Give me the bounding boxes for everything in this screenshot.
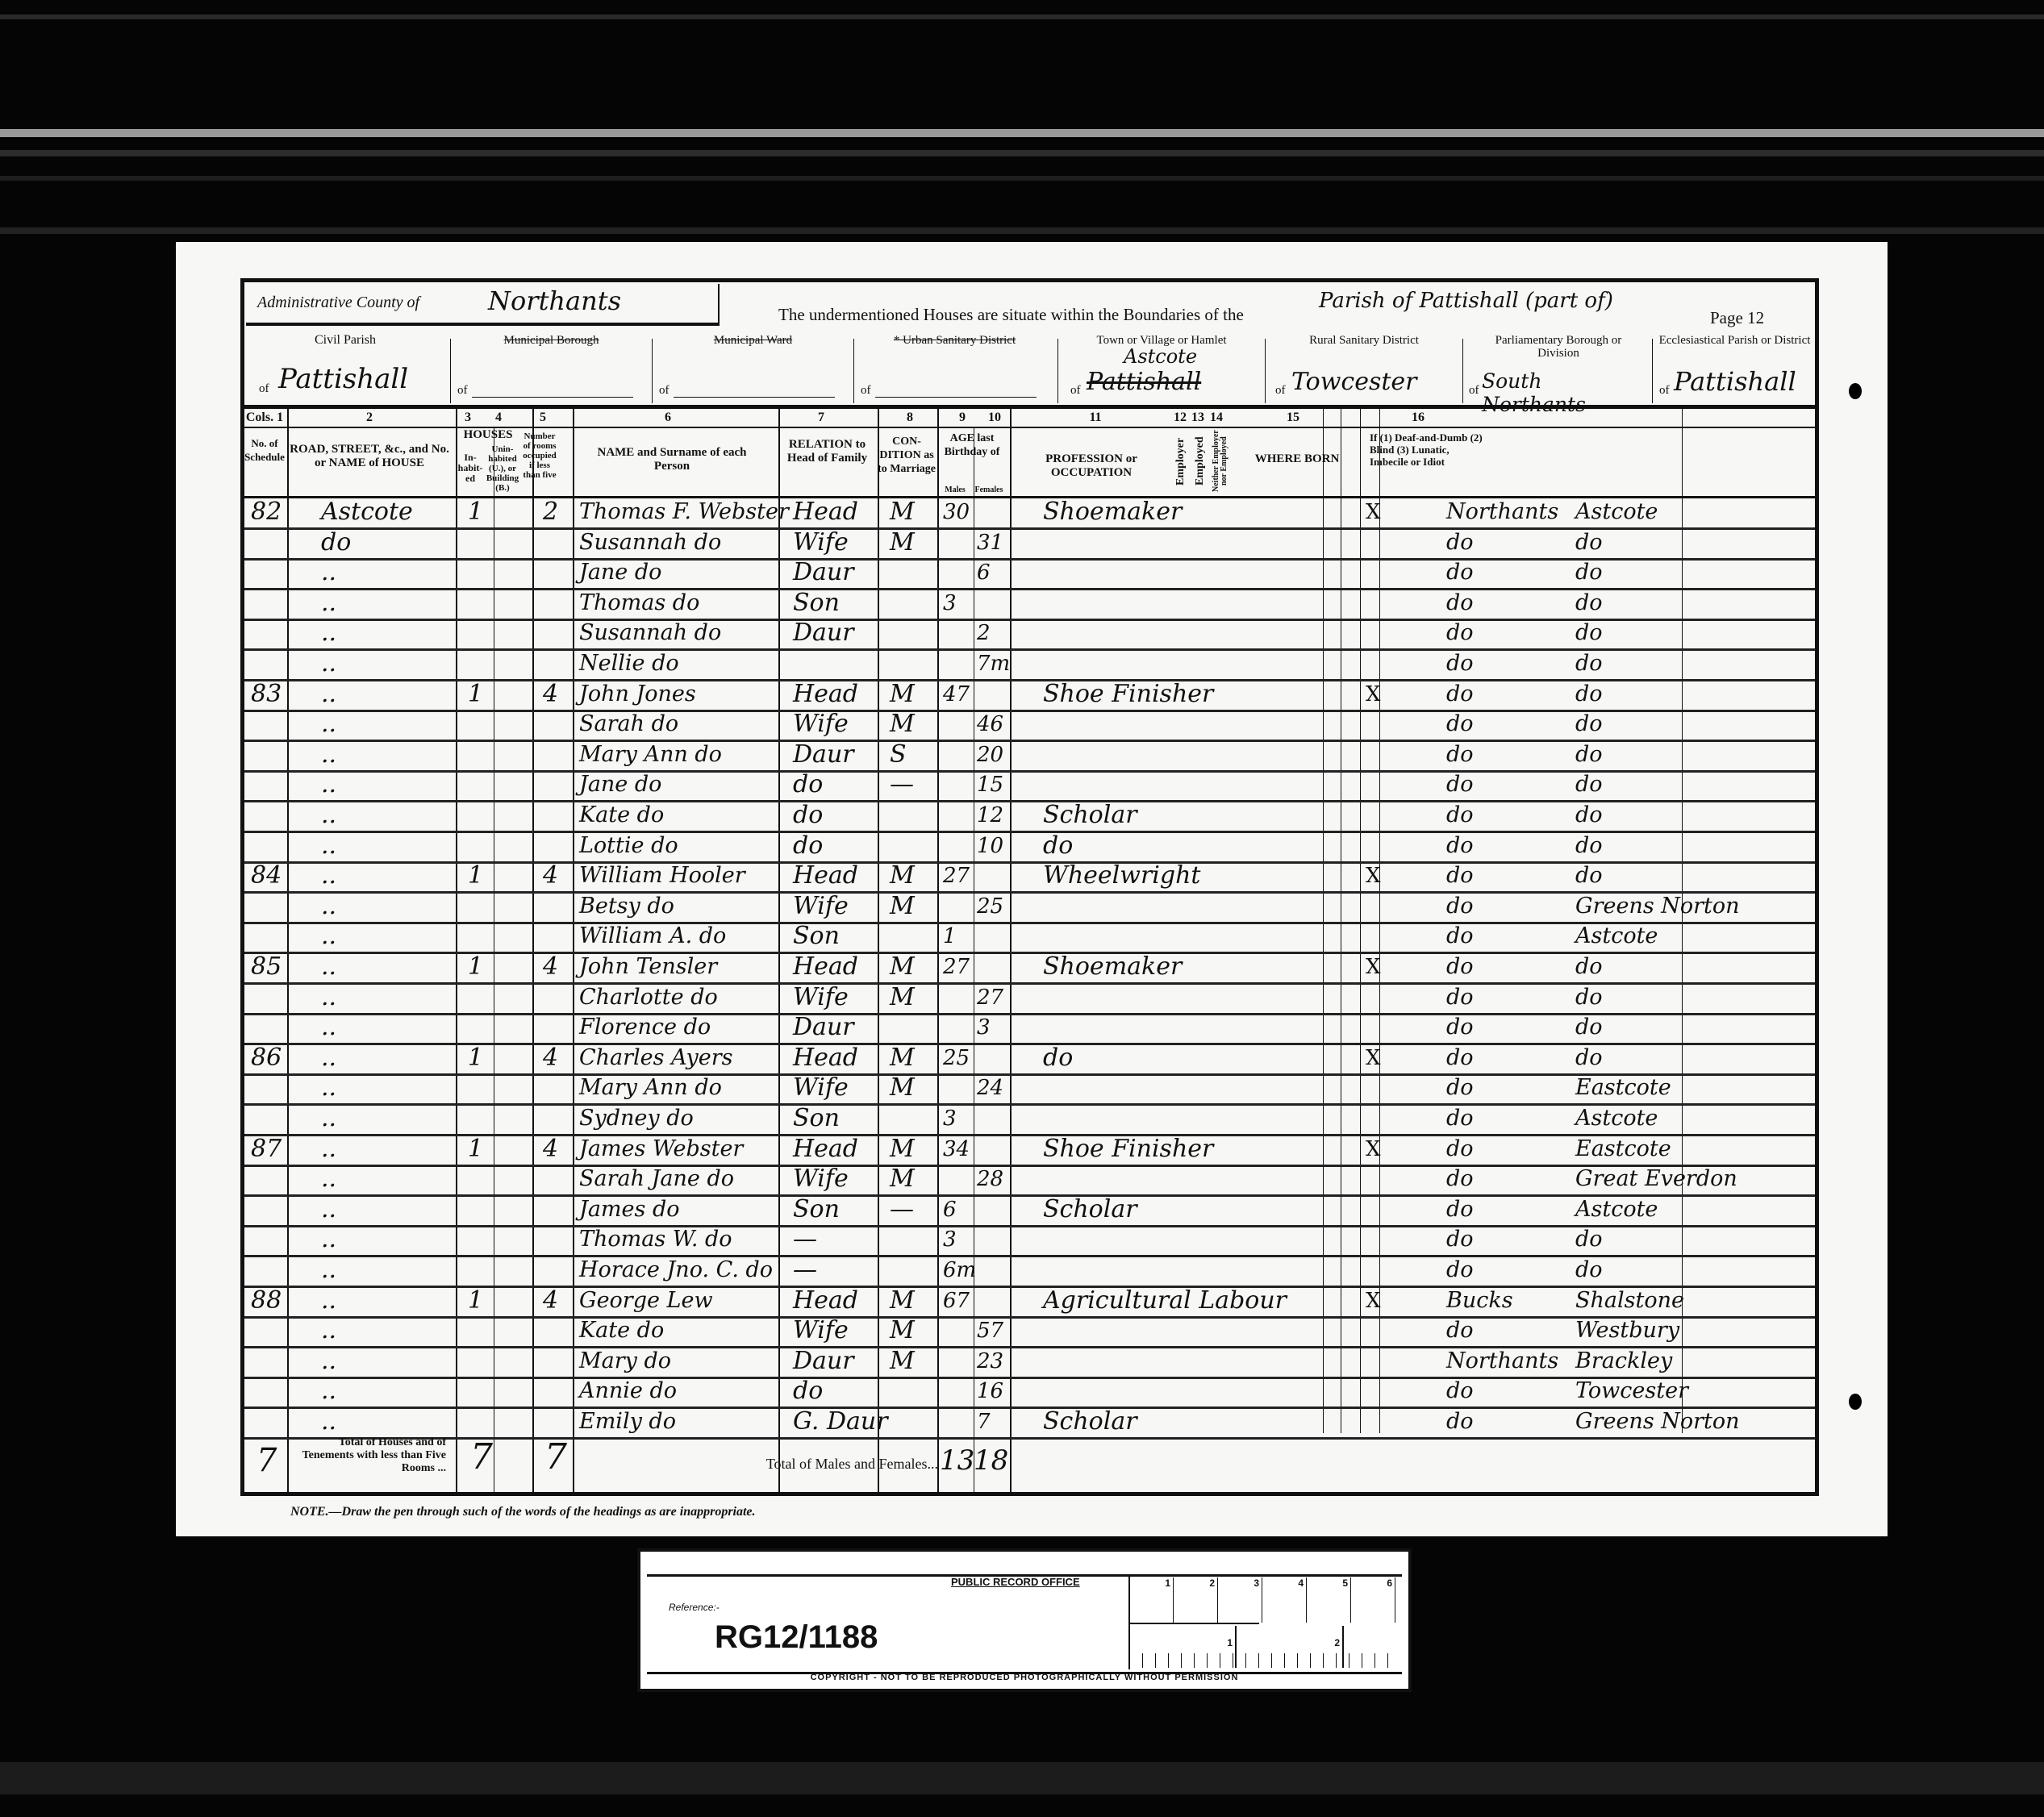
rooms: 2 bbox=[543, 498, 558, 527]
street: .. bbox=[321, 1135, 336, 1164]
born-county: do bbox=[1446, 1316, 1474, 1345]
born-place: do bbox=[1575, 1225, 1603, 1254]
person-name: Nellie do bbox=[579, 649, 679, 678]
relation: Son bbox=[793, 1104, 840, 1133]
column-headers: No. of Schedule ROAD, STREET, &c., and N… bbox=[244, 428, 1815, 498]
employed-mark: X bbox=[1366, 1286, 1381, 1315]
age-female: 23 bbox=[977, 1347, 1003, 1376]
table-row: do Susannah do Wife M 31 do do bbox=[244, 528, 1815, 561]
condition: M bbox=[890, 1286, 915, 1315]
person-name: Sydney do bbox=[579, 1104, 694, 1133]
table-row: .. Kate do Wife M 57 do Westbury bbox=[244, 1316, 1815, 1348]
born-county: Northants bbox=[1446, 1347, 1558, 1376]
condition: M bbox=[890, 1316, 915, 1345]
person-name: Horace Jno. C. do bbox=[579, 1256, 773, 1285]
age-female: 46 bbox=[977, 710, 1003, 739]
street: .. bbox=[321, 680, 336, 709]
table-row: .. William A. do Son 1 do Astcote bbox=[244, 922, 1815, 954]
relation: do bbox=[793, 770, 823, 799]
street: .. bbox=[321, 649, 336, 678]
age-male: 27 bbox=[943, 952, 970, 981]
total-females: 18 bbox=[974, 1446, 1008, 1475]
born-county: do bbox=[1446, 589, 1474, 618]
occupation: Shoemaker bbox=[1043, 952, 1182, 981]
age-female: 16 bbox=[977, 1377, 1003, 1406]
born-place: Eastcote bbox=[1575, 1073, 1671, 1102]
street: .. bbox=[321, 1286, 336, 1315]
table-row: .. Mary do Daur M 23 Northants Brackley bbox=[244, 1347, 1815, 1379]
relation: Wife bbox=[793, 528, 849, 557]
condition: S bbox=[890, 740, 907, 769]
age-male: 3 bbox=[943, 1104, 957, 1133]
rooms: 4 bbox=[543, 1286, 558, 1315]
division-civil-parish: Civil Parish of Pattishall bbox=[244, 331, 446, 405]
scan-streak bbox=[0, 227, 2044, 234]
person-name: Susannah do bbox=[579, 528, 721, 557]
person-name: Betsy do bbox=[579, 892, 674, 921]
street: .. bbox=[321, 558, 336, 587]
table-row: 86 .. 1 4 Charles Ayers Head M 25 do X d… bbox=[244, 1044, 1815, 1076]
person-name: Charles Ayers bbox=[579, 1044, 733, 1073]
person-name: John Jones bbox=[579, 680, 696, 709]
street: .. bbox=[321, 1195, 336, 1224]
occupation: Shoe Finisher bbox=[1043, 680, 1213, 709]
street: .. bbox=[321, 892, 336, 921]
division-ecclesiastical-parish: Ecclesiastical Parish or District of Pat… bbox=[1656, 331, 1813, 405]
born-county: do bbox=[1446, 892, 1474, 921]
reference-label: Reference:- bbox=[669, 1602, 720, 1613]
age-male: 1 bbox=[943, 922, 957, 951]
born-county: do bbox=[1446, 861, 1474, 890]
street: .. bbox=[321, 1225, 336, 1254]
division-parliamentary-borough: Parliamentary Borough or Division of Sou… bbox=[1466, 331, 1651, 405]
person-name: Mary do bbox=[579, 1347, 671, 1376]
born-county: do bbox=[1446, 1044, 1474, 1073]
age-female: 12 bbox=[977, 801, 1003, 830]
ruler-top-labels: 1 2 3 4 5 6 bbox=[1129, 1577, 1395, 1623]
born-county: do bbox=[1446, 1256, 1474, 1285]
relation: Daur bbox=[793, 740, 854, 769]
age-female: 27 bbox=[977, 983, 1003, 1012]
street: .. bbox=[321, 1316, 336, 1345]
employed-mark: X bbox=[1366, 680, 1381, 709]
person-name: William A. do bbox=[579, 922, 726, 951]
condition: — bbox=[890, 770, 914, 799]
relation: Wife bbox=[793, 710, 849, 739]
scan-streak bbox=[0, 129, 2044, 137]
employed-mark: X bbox=[1366, 861, 1381, 890]
age-female: 2 bbox=[977, 619, 991, 648]
age-female: 20 bbox=[977, 740, 1003, 769]
age-male: 30 bbox=[943, 498, 970, 527]
born-place: Greens Norton bbox=[1575, 892, 1740, 921]
rooms: 4 bbox=[543, 861, 558, 890]
person-name: Thomas F. Webster bbox=[579, 498, 789, 527]
reference-slip: PUBLIC RECORD OFFICE Reference:- RG12/11… bbox=[637, 1548, 1412, 1692]
street: .. bbox=[321, 1013, 336, 1042]
age-male: 47 bbox=[943, 680, 970, 709]
person-name: Thomas W. do bbox=[579, 1225, 732, 1254]
occupation: Agricultural Labour bbox=[1043, 1286, 1287, 1315]
inhabited: 1 bbox=[468, 1135, 483, 1164]
born-place: do bbox=[1575, 649, 1603, 678]
table-row: 87 .. 1 4 James Webster Head M 34 Shoe F… bbox=[244, 1135, 1815, 1167]
street: .. bbox=[321, 831, 336, 861]
street: Astcote bbox=[321, 498, 413, 527]
relation: Head bbox=[793, 861, 858, 890]
rooms: 4 bbox=[543, 1044, 558, 1073]
street: .. bbox=[321, 861, 336, 890]
admin-county-label: Administrative County of bbox=[257, 294, 419, 312]
relation: Wife bbox=[793, 1316, 849, 1345]
scan-streak bbox=[0, 150, 2044, 156]
born-place: do bbox=[1575, 983, 1603, 1012]
rooms: 4 bbox=[543, 680, 558, 709]
age-male: 25 bbox=[943, 1044, 970, 1073]
occupation: Wheelwright bbox=[1043, 861, 1200, 890]
street: .. bbox=[321, 952, 336, 981]
scan-streak bbox=[0, 176, 2044, 181]
street: .. bbox=[321, 710, 336, 739]
street: .. bbox=[321, 1256, 336, 1285]
condition: M bbox=[890, 680, 915, 709]
street: .. bbox=[321, 770, 336, 799]
condition: M bbox=[890, 1165, 915, 1194]
born-county: do bbox=[1446, 831, 1474, 861]
person-name: Mary Ann do bbox=[579, 1073, 722, 1102]
employed-mark: X bbox=[1366, 1044, 1381, 1073]
occupation: Scholar bbox=[1043, 801, 1137, 830]
born-place: Westbury bbox=[1575, 1316, 1679, 1345]
age-female: 28 bbox=[977, 1165, 1003, 1194]
born-county: do bbox=[1446, 619, 1474, 648]
inhabited: 1 bbox=[468, 680, 483, 709]
relation: Son bbox=[793, 922, 840, 951]
occupation: do bbox=[1043, 1044, 1073, 1073]
person-name: Jane do bbox=[579, 558, 661, 587]
condition: M bbox=[890, 892, 915, 921]
person-name: Thomas do bbox=[579, 589, 699, 618]
relation: do bbox=[793, 831, 823, 861]
table-row: .. Jane do Daur 6 do do bbox=[244, 558, 1815, 590]
street: .. bbox=[321, 1044, 336, 1073]
born-county: do bbox=[1446, 922, 1474, 951]
person-name: Jane do bbox=[579, 770, 661, 799]
table-row: .. Mary Ann do Wife M 24 do Eastcote bbox=[244, 1073, 1815, 1106]
person-name: Mary Ann do bbox=[579, 740, 722, 769]
table-row: .. Betsy do Wife M 25 do Greens Norton bbox=[244, 892, 1815, 924]
relation: Wife bbox=[793, 1165, 849, 1194]
born-county: do bbox=[1446, 649, 1474, 678]
table-row: .. Thomas do Son 3 do do bbox=[244, 589, 1815, 621]
age-male: 3 bbox=[943, 1225, 957, 1254]
born-county: do bbox=[1446, 1073, 1474, 1102]
relation: Wife bbox=[793, 1073, 849, 1102]
relation: do bbox=[793, 1377, 823, 1406]
boundaries-value: Parish of Pattishall (part of) bbox=[1319, 289, 1613, 313]
street: .. bbox=[321, 1104, 336, 1133]
table-row: .. Sarah do Wife M 46 do do bbox=[244, 710, 1815, 742]
person-name: Kate do bbox=[579, 801, 664, 830]
total-houses-label: Total of Houses and of Tenements with le… bbox=[301, 1436, 446, 1475]
born-county: do bbox=[1446, 770, 1474, 799]
age-male: 67 bbox=[943, 1286, 970, 1315]
rooms: 4 bbox=[543, 952, 558, 981]
table-row: .. Mary Ann do Daur S 20 do do bbox=[244, 740, 1815, 773]
born-place: do bbox=[1575, 801, 1603, 830]
scan-streak bbox=[0, 1762, 2044, 1794]
relation: Head bbox=[793, 1044, 858, 1073]
born-place: Eastcote bbox=[1575, 1135, 1671, 1164]
born-place: do bbox=[1575, 740, 1603, 769]
born-place: do bbox=[1575, 1013, 1603, 1042]
schedule-number: 87 bbox=[251, 1135, 282, 1164]
born-county: do bbox=[1446, 710, 1474, 739]
relation: Daur bbox=[793, 1013, 854, 1042]
table-row: .. Thomas W. do — 3 do do bbox=[244, 1225, 1815, 1257]
division-rural-sanitary-district: Rural Sanitary District of Towcester bbox=[1267, 331, 1461, 405]
born-county: do bbox=[1446, 528, 1474, 557]
schedule-number: 84 bbox=[251, 861, 282, 890]
born-place: do bbox=[1575, 589, 1603, 618]
born-county: do bbox=[1446, 1225, 1474, 1254]
division-town-village-hamlet: Town or Village or Hamlet Astcote of Pat… bbox=[1061, 331, 1262, 405]
age-male: 27 bbox=[943, 861, 970, 890]
born-county: do bbox=[1446, 801, 1474, 830]
occupation: Shoe Finisher bbox=[1043, 1135, 1213, 1164]
division-municipal-ward: Municipal Ward of bbox=[654, 331, 852, 405]
table-row: .. Kate do do 12 Scholar do do bbox=[244, 801, 1815, 833]
born-county: Northants bbox=[1446, 498, 1558, 527]
page-number: Page 12 bbox=[1710, 308, 1764, 328]
condition: M bbox=[890, 861, 915, 890]
born-county: do bbox=[1446, 1165, 1474, 1194]
table-row: .. Charlotte do Wife M 27 do do bbox=[244, 983, 1815, 1015]
person-name: George Lew bbox=[579, 1286, 713, 1315]
street: .. bbox=[321, 1377, 336, 1406]
inhabited: 1 bbox=[468, 952, 483, 981]
born-county: do bbox=[1446, 1377, 1474, 1406]
born-place: do bbox=[1575, 558, 1603, 587]
table-row: 82 Astcote 1 2 Thomas F. Webster Head M … bbox=[244, 498, 1815, 530]
born-county: do bbox=[1446, 680, 1474, 709]
born-place: do bbox=[1575, 1256, 1603, 1285]
table-row: 88 .. 1 4 George Lew Head M 67 Agricultu… bbox=[244, 1286, 1815, 1319]
born-place: Astcote bbox=[1575, 1195, 1658, 1224]
street: .. bbox=[321, 1347, 336, 1376]
born-county: do bbox=[1446, 558, 1474, 587]
relation: Wife bbox=[793, 892, 849, 921]
street: .. bbox=[321, 1073, 336, 1102]
table-row: .. Jane do do — 15 do do bbox=[244, 770, 1815, 802]
inhabited: 1 bbox=[468, 1286, 483, 1315]
born-county: do bbox=[1446, 983, 1474, 1012]
street: .. bbox=[321, 801, 336, 830]
born-place: do bbox=[1575, 619, 1603, 648]
born-county: do bbox=[1446, 1135, 1474, 1164]
person-name: Charlotte do bbox=[579, 983, 718, 1012]
division-urban-sanitary-district: * Urban Sanitary District of bbox=[856, 331, 1053, 405]
relation: Daur bbox=[793, 558, 854, 587]
employed-mark: X bbox=[1366, 498, 1381, 527]
born-place: do bbox=[1575, 1044, 1603, 1073]
born-place: Towcester bbox=[1575, 1377, 1688, 1406]
born-county: do bbox=[1446, 740, 1474, 769]
age-female: 7m bbox=[977, 649, 1010, 678]
age-male: 34 bbox=[943, 1135, 970, 1164]
born-place: Astcote bbox=[1575, 498, 1658, 527]
condition: M bbox=[890, 983, 915, 1012]
table-row: .. Florence do Daur 3 do do bbox=[244, 1013, 1815, 1045]
born-place: Great Everdon bbox=[1575, 1165, 1737, 1194]
relation: Daur bbox=[793, 1347, 854, 1376]
born-county: Bucks bbox=[1446, 1286, 1513, 1315]
born-place: do bbox=[1575, 710, 1603, 739]
total-schedules: 7 bbox=[257, 1446, 277, 1475]
born-place: Astcote bbox=[1575, 1104, 1658, 1133]
born-place: do bbox=[1575, 861, 1603, 890]
person-name: William Hooler bbox=[579, 861, 745, 890]
schedule-number: 85 bbox=[251, 952, 282, 981]
table-row: 83 .. 1 4 John Jones Head M 47 Shoe Fini… bbox=[244, 680, 1815, 712]
copyright-notice: COPYRIGHT - NOT TO BE REPRODUCED PHOTOGR… bbox=[640, 1673, 1408, 1682]
table-row: 84 .. 1 4 William Hooler Head M 27 Wheel… bbox=[244, 861, 1815, 894]
admin-county-value: Northants bbox=[488, 285, 621, 316]
occupation: do bbox=[1043, 831, 1073, 861]
street: .. bbox=[321, 922, 336, 951]
scan-streak bbox=[0, 15, 2044, 19]
born-county: do bbox=[1446, 1013, 1474, 1042]
table-row: .. Nellie do 7m do do bbox=[244, 649, 1815, 681]
relation: Head bbox=[793, 1286, 858, 1315]
age-female: 15 bbox=[977, 770, 1003, 799]
table-row: .. Sarah Jane do Wife M 28 do Great Ever… bbox=[244, 1165, 1815, 1197]
relation: Head bbox=[793, 1135, 858, 1164]
person-name: Florence do bbox=[579, 1013, 711, 1042]
total-inhabited: 7 bbox=[470, 1443, 493, 1472]
inhabited: 1 bbox=[468, 498, 483, 527]
person-name: Annie do bbox=[579, 1377, 677, 1406]
street: .. bbox=[321, 983, 336, 1012]
total-males: 13 bbox=[940, 1446, 974, 1475]
condition: M bbox=[890, 952, 915, 981]
age-female: 3 bbox=[977, 1013, 991, 1042]
age-female: 10 bbox=[977, 831, 1003, 861]
relation: Daur bbox=[793, 619, 854, 648]
age-female: 31 bbox=[977, 528, 1003, 557]
street: .. bbox=[321, 740, 336, 769]
table-row: .. Sydney do Son 3 do Astcote bbox=[244, 1104, 1815, 1136]
born-place: Astcote bbox=[1575, 922, 1658, 951]
admin-county-box: Administrative County of Northants bbox=[246, 284, 720, 326]
born-place: do bbox=[1575, 770, 1603, 799]
division-municipal-borough: Municipal Borough of bbox=[453, 331, 650, 405]
total-persons-label: Total of Males and Females... bbox=[736, 1456, 938, 1473]
condition: M bbox=[890, 710, 915, 739]
condition: M bbox=[890, 528, 915, 557]
relation: Son bbox=[793, 589, 840, 618]
condition: M bbox=[890, 1073, 915, 1102]
totals-row: 7 Total of Houses and of Tenements with … bbox=[244, 1432, 1815, 1494]
occupation: Scholar bbox=[1043, 1195, 1137, 1224]
relation: Head bbox=[793, 498, 858, 527]
relation: Head bbox=[793, 680, 858, 709]
age-female: 6 bbox=[977, 558, 991, 587]
born-place: Brackley bbox=[1575, 1347, 1672, 1376]
condition: — bbox=[890, 1195, 914, 1224]
age-male: 6m bbox=[943, 1256, 976, 1285]
employed-mark: X bbox=[1366, 1135, 1381, 1164]
street: .. bbox=[321, 619, 336, 648]
ruler-bottom-labels: 1 2 bbox=[1129, 1626, 1395, 1668]
street: do bbox=[321, 528, 351, 557]
born-place: do bbox=[1575, 952, 1603, 981]
person-name: Lottie do bbox=[579, 831, 678, 861]
footnote: NOTE.—Draw the pen through such of the w… bbox=[290, 1505, 756, 1519]
table-row: .. Annie do do 16 do Towcester bbox=[244, 1377, 1815, 1409]
born-county: do bbox=[1446, 1104, 1474, 1133]
relation: Wife bbox=[793, 983, 849, 1012]
age-female: 57 bbox=[977, 1316, 1003, 1345]
born-place: Shalstone bbox=[1575, 1286, 1684, 1315]
street: .. bbox=[321, 1165, 336, 1194]
occupation: Shoemaker bbox=[1043, 498, 1182, 527]
relation: Son bbox=[793, 1195, 840, 1224]
column-number-strip: Cols. 1 2 3 4 5 6 7 8 9 10 11 12 13 14 1… bbox=[244, 409, 1815, 428]
boundaries-text: The undermentioned Houses are situate wi… bbox=[778, 305, 1244, 325]
born-county: do bbox=[1446, 1195, 1474, 1224]
person-name: Sarah Jane do bbox=[579, 1165, 734, 1194]
condition: M bbox=[890, 1135, 915, 1164]
table-row: .. Horace Jno. C. do — 6m do do bbox=[244, 1256, 1815, 1288]
person-name: John Tensler bbox=[579, 952, 717, 981]
age-female: 24 bbox=[977, 1073, 1003, 1102]
table-row: 85 .. 1 4 John Tensler Head M 27 Shoemak… bbox=[244, 952, 1815, 985]
relation: — bbox=[793, 1225, 817, 1254]
born-county: do bbox=[1446, 952, 1474, 981]
age-male: 6 bbox=[943, 1195, 957, 1224]
relation: do bbox=[793, 801, 823, 830]
schedule-number: 83 bbox=[251, 680, 282, 709]
age-female: 25 bbox=[977, 892, 1003, 921]
inhabited: 1 bbox=[468, 861, 483, 890]
binding-hole bbox=[1849, 383, 1862, 399]
person-name: Kate do bbox=[579, 1316, 664, 1345]
person-name: Sarah do bbox=[579, 710, 678, 739]
age-male: 3 bbox=[943, 589, 957, 618]
relation: — bbox=[793, 1256, 817, 1285]
condition: M bbox=[890, 1347, 915, 1376]
table-row: .. James do Son — 6 Scholar do Astcote bbox=[244, 1195, 1815, 1227]
schedule-number: 88 bbox=[251, 1286, 282, 1315]
total-rooms: 7 bbox=[544, 1443, 567, 1472]
relation: Head bbox=[793, 952, 858, 981]
person-name: Susannah do bbox=[579, 619, 721, 648]
table-row: .. Susannah do Daur 2 do do bbox=[244, 619, 1815, 651]
schedule-number: 86 bbox=[251, 1044, 282, 1073]
street: .. bbox=[321, 589, 336, 618]
rooms: 4 bbox=[543, 1135, 558, 1164]
condition: M bbox=[890, 498, 915, 527]
person-name: James Webster bbox=[579, 1135, 743, 1164]
schedule-number: 82 bbox=[251, 498, 282, 527]
employed-mark: X bbox=[1366, 952, 1381, 981]
record-office-label: PUBLIC RECORD OFFICE bbox=[951, 1576, 1080, 1588]
table-row: .. Lottie do do 10 do do do bbox=[244, 831, 1815, 864]
born-place: do bbox=[1575, 528, 1603, 557]
person-name: James do bbox=[579, 1195, 679, 1224]
condition: M bbox=[890, 1044, 915, 1073]
